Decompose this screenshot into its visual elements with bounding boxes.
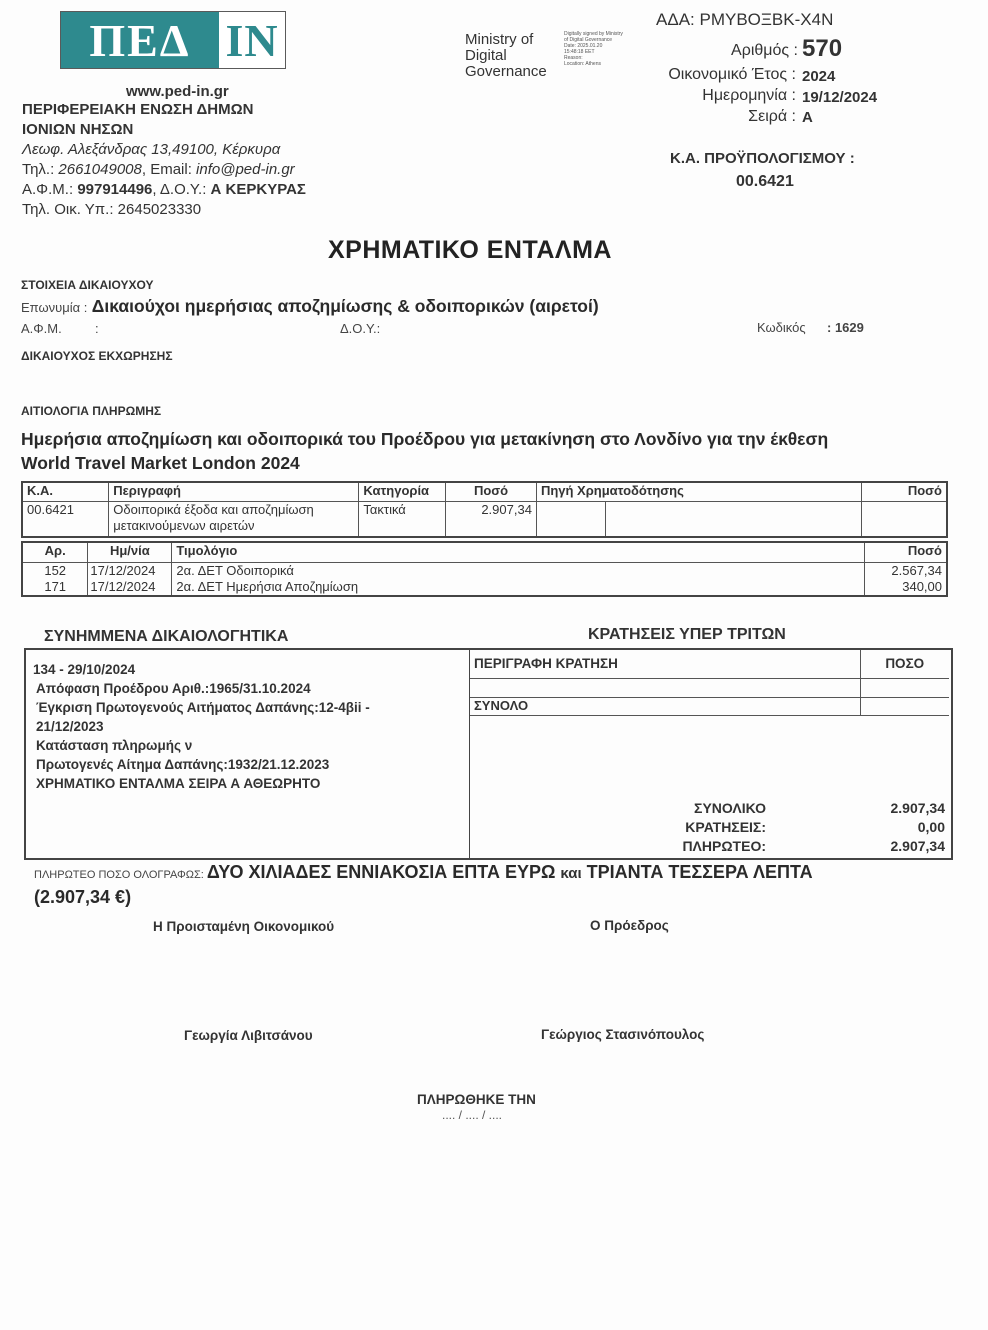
budget-code-value: 00.6421 bbox=[736, 173, 794, 191]
ada-value: ΡΜΥΒΟΞΒΚ-Χ4Ν bbox=[699, 10, 833, 29]
cell-code: 00.6421 bbox=[22, 501, 109, 537]
cell-number: 152 bbox=[22, 562, 88, 579]
assignee-label: ΔΙΚΑΙΟΥΧΟΣ ΕΚΧΩΡΗΣΗΣ bbox=[21, 349, 173, 363]
total-label: ΣΥΝΟΛΙΚΟ bbox=[560, 800, 766, 816]
col-header-invoice-amount: Ποσό bbox=[864, 542, 947, 562]
fiscal-year-value: 2024 bbox=[802, 68, 835, 85]
description-line2: μετακινούμενων αιρετών bbox=[113, 518, 354, 534]
email: info@ped-in.gr bbox=[196, 161, 295, 178]
cell-date: 17/12/2024 bbox=[88, 579, 172, 596]
payment-reason-line1: Ημερήσια αποζημίωση και οδοιπορικά του Π… bbox=[21, 429, 828, 450]
left-signatory-role: Η Προισταμένη Οικονομικού bbox=[153, 919, 334, 934]
cell-source-a bbox=[536, 501, 605, 537]
beneficiary-code-value: : 1629 bbox=[827, 320, 864, 335]
attachment-line: Κατάσταση πληρωμής ν bbox=[33, 736, 370, 755]
description-line1: Οδοιπορικά έξοδα και αποζημίωση bbox=[113, 502, 354, 518]
cell-source-amount bbox=[861, 501, 947, 537]
beneficiary-afm-label: Α.Φ.Μ. bbox=[21, 321, 62, 336]
ped-in-logo: ΠΕΔ ΙΝ bbox=[60, 11, 286, 69]
col-header-number: Αρ. bbox=[22, 542, 88, 562]
budget-table-header: Κ.Α. Περιγραφή Κατηγορία Ποσό Πηγή Χρημα… bbox=[22, 482, 947, 501]
cell-amount: 2.907,34 bbox=[446, 501, 537, 537]
amount-numeric: (2.907,34 €) bbox=[34, 887, 131, 908]
ministry-line1: Ministry of bbox=[465, 32, 547, 48]
org-address: Λεωφ. Αλεξάνδρας 13,49100, Κέρκυρα bbox=[22, 141, 280, 158]
cell-invoice-amount: 2.567,34 bbox=[864, 562, 947, 579]
attachment-line: 21/12/2023 bbox=[33, 717, 370, 736]
col-header-description: Περιγραφή bbox=[109, 482, 359, 501]
beneficiary-name-label: Επωνυμία : bbox=[21, 300, 87, 315]
attachments-title: ΣΥΝΗΜΜΕΝΑ ΔΙΚΑΙΟΛΟΓΗΤΙΚΑ bbox=[44, 628, 288, 646]
date-value: 19/12/2024 bbox=[802, 89, 877, 106]
doy-label: , Δ.Ο.Υ.: bbox=[152, 181, 210, 198]
number-label: Αριθμός : bbox=[600, 42, 798, 60]
payable-label: ΠΛΗΡΩΤΕΟ: bbox=[560, 838, 766, 854]
beneficiary-code-label: Κωδικός bbox=[757, 320, 806, 335]
amount-words-b: ΤΡΙΑΝΤΑ ΤΕΣΣΕΡΑ ΛΕΠΤΑ bbox=[582, 862, 813, 882]
fin-phone: 2645023330 bbox=[118, 201, 201, 218]
cell-invoice-amount: 340,00 bbox=[864, 579, 947, 596]
ministry-line3: Governance bbox=[465, 64, 547, 80]
paid-date: .... / .... / .... bbox=[442, 1108, 502, 1122]
withholdings-title: ΚΡΑΤΗΣΕΙΣ ΥΠΕΡ ΤΡΙΤΩΝ bbox=[588, 626, 786, 644]
fiscal-year-label: Οικονομικό Έτος : bbox=[600, 66, 796, 84]
cell-invoice: 2α. ΔΕΤ Οδοιπορικά bbox=[172, 562, 864, 579]
afm-label: Α.Φ.Μ.: bbox=[22, 181, 77, 198]
org-name-line1: ΠΕΡΙΦΕΡΕΙΑΚΗ ΕΝΩΣΗ ΔΗΜΩΝ bbox=[22, 101, 253, 118]
beneficiary-afm-sep: : bbox=[95, 321, 99, 336]
ministry-line2: Digital bbox=[465, 48, 547, 64]
ada: ΑΔΑ: ΡΜΥΒΟΞΒΚ-Χ4Ν bbox=[656, 10, 833, 30]
attachment-line: Έγκριση Πρωτογενούς Αιτήματος Δαπάνης:12… bbox=[33, 698, 370, 717]
beneficiary-doy-label: Δ.Ο.Υ.: bbox=[340, 321, 380, 336]
col-header-withholding-amount: ΠΟΣΟ bbox=[860, 650, 949, 678]
email-label: , Email: bbox=[142, 161, 196, 178]
date-label: Ημερομηνία : bbox=[600, 87, 796, 105]
amount-words-and: και bbox=[560, 865, 581, 882]
invoice-table-header: Αρ. Ημ/νία Τιμολόγιο Ποσό bbox=[22, 542, 947, 562]
phone: 2661049008 bbox=[58, 161, 141, 178]
withholdings-sum-row: ΣΥΝΟΛΟ bbox=[470, 697, 949, 715]
col-header-source-amount: Ποσό bbox=[861, 482, 947, 501]
logo-left: ΠΕΔ bbox=[61, 12, 219, 68]
org-contact: Τηλ.: 2661049008, Email: info@ped-in.gr bbox=[22, 161, 295, 178]
cell-invoice: 2α. ΔΕΤ Ημερήσια Αποζημίωση bbox=[172, 579, 864, 596]
doy: Α ΚΕΡΚΥΡΑΣ bbox=[211, 181, 306, 198]
website: www.ped-in.gr bbox=[126, 83, 229, 100]
amount-in-words: ΠΛΗΡΩΤΕΟ ΠΟΣΟ ΟΛΟΓΡΑΦΩΣ: ΔΥΟ ΧΙΛΙΑΔΕΣ ΕΝ… bbox=[34, 862, 813, 883]
budget-code-label: Κ.Α. ΠΡΟΫΠΟΛΟΓΙΣΜΟΥ : bbox=[670, 150, 855, 167]
logo-right: ΙΝ bbox=[219, 12, 285, 68]
page-title: ΧΡΗΜΑΤΙΚΟ ΕΝΤΑΛΜΑ bbox=[328, 236, 612, 265]
payable-value: 2.907,34 bbox=[820, 838, 945, 854]
beneficiary-name: Δικαιούχοι ημερήσιας αποζημίωσης & οδοιπ… bbox=[92, 296, 599, 316]
paid-label: ΠΛΗΡΩΘΗΚΕ ΤΗΝ bbox=[417, 1092, 536, 1107]
col-header-amount: Ποσό bbox=[446, 482, 537, 501]
table-row: 171 17/12/2024 2α. ΔΕΤ Ημερήσια Αποζημίω… bbox=[22, 579, 947, 596]
cell-description: Οδοιπορικά έξοδα και αποζημίωση μετακινο… bbox=[109, 501, 359, 537]
attachment-line: Απόφαση Προέδρου Αριθ.:1965/31.10.2024 bbox=[33, 679, 370, 698]
col-header-code: Κ.Α. bbox=[22, 482, 109, 501]
withholdings-table: ΠΕΡΙΓΡΑΦΗ ΚΡΑΤΗΣΗ ΠΟΣΟ ΣΥΝΟΛΟ bbox=[470, 650, 949, 716]
attachment-line: ΧΡΗΜΑΤΙΚΟ ΕΝΤΑΛΜΑ ΣΕΙΡΑ Α ΑΘΕΩΡΗΤΟ bbox=[33, 774, 370, 793]
series-value: Α bbox=[802, 109, 813, 126]
col-header-category: Κατηγορία bbox=[359, 482, 446, 501]
withholding-amount bbox=[860, 678, 949, 697]
ada-label: ΑΔΑ: bbox=[656, 10, 699, 29]
total-value: 2.907,34 bbox=[820, 800, 945, 816]
right-signatory-role: Ο Πρόεδρος bbox=[590, 918, 669, 933]
col-header-funding-source: Πηγή Χρηματοδότησης bbox=[536, 482, 861, 501]
org-tax: Α.Φ.Μ.: 997914496, Δ.Ο.Υ.: Α ΚΕΡΚΥΡΑΣ bbox=[22, 181, 306, 198]
withholdings-header: ΠΕΡΙΓΡΑΦΗ ΚΡΑΤΗΣΗ ΠΟΣΟ bbox=[470, 650, 949, 678]
cell-category: Τακτικά bbox=[359, 501, 446, 537]
table-row: 152 17/12/2024 2α. ΔΕΤ Οδοιπορικά 2.567,… bbox=[22, 562, 947, 579]
attachments-list: 134 - 29/10/2024 Απόφαση Προέδρου Αριθ.:… bbox=[33, 660, 370, 793]
attachment-line: Πρωτογενές Αίτημα Δαπάνης:1932/21.12.202… bbox=[33, 755, 370, 774]
afm: 997914496 bbox=[77, 181, 152, 198]
right-signatory-name: Γεώργιος Στασινόπουλος bbox=[541, 1027, 704, 1042]
withholding-desc bbox=[470, 678, 860, 697]
payment-reason-line2: World Travel Market London 2024 bbox=[21, 453, 300, 474]
beneficiary-name-row: Επωνυμία : Δικαιούχοι ημερήσιας αποζημίω… bbox=[21, 296, 599, 317]
payment-reason-label: ΑΙΤΙΟΛΟΓΙΑ ΠΛΗΡΩΜΗΣ bbox=[21, 404, 161, 418]
table-row: 00.6421 Οδοιπορικά έξοδα και αποζημίωση … bbox=[22, 501, 947, 537]
withheld-label: ΚΡΑΤΗΣΕΙΣ: bbox=[560, 819, 766, 835]
invoice-table: Αρ. Ημ/νία Τιμολόγιο Ποσό 152 17/12/2024… bbox=[21, 541, 948, 597]
number-value: 570 bbox=[802, 35, 842, 63]
series-label: Σειρά : bbox=[600, 108, 796, 126]
withheld-value: 0,00 bbox=[820, 819, 945, 835]
beneficiary-section-label: ΣΤΟΙΧΕΙΑ ΔΙΚΑΙΟΥΧΟΥ bbox=[21, 278, 154, 292]
col-header-withholding-desc: ΠΕΡΙΓΡΑΦΗ ΚΡΑΤΗΣΗ bbox=[470, 650, 860, 678]
signature-stamp: Ministry of Digital Governance bbox=[465, 32, 547, 80]
cell-source-b bbox=[605, 501, 861, 537]
table-row bbox=[470, 678, 949, 697]
phone-label: Τηλ.: bbox=[22, 161, 58, 178]
amount-words-a: ΔΥΟ ΧΙΛΙΑΔΕΣ ΕΝΝΙΑΚΟΣΙΑ ΕΠΤΑ ΕΥΡΩ bbox=[207, 862, 560, 882]
col-header-invoice: Τιμολόγιο bbox=[172, 542, 864, 562]
fin-phone-label: Τηλ. Οικ. Υπ.: bbox=[22, 201, 118, 218]
amount-in-words-label: ΠΛΗΡΩΤΕΟ ΠΟΣΟ ΟΛΟΓΡΑΦΩΣ: bbox=[34, 869, 207, 881]
left-signatory-name: Γεωργία Λιβιτσάνου bbox=[184, 1028, 313, 1043]
col-header-date: Ημ/νία bbox=[88, 542, 172, 562]
withholdings-sum-value bbox=[860, 697, 949, 715]
cell-number: 171 bbox=[22, 579, 88, 596]
org-fin-phone: Τηλ. Οικ. Υπ.: 2645023330 bbox=[22, 201, 201, 218]
withholdings-sum-label: ΣΥΝΟΛΟ bbox=[470, 697, 860, 715]
budget-table: Κ.Α. Περιγραφή Κατηγορία Ποσό Πηγή Χρημα… bbox=[21, 481, 948, 538]
org-name-line2: ΙΟΝΙΩΝ ΝΗΣΩΝ bbox=[22, 121, 133, 138]
cell-date: 17/12/2024 bbox=[88, 562, 172, 579]
attachment-line: 134 - 29/10/2024 bbox=[33, 660, 370, 679]
